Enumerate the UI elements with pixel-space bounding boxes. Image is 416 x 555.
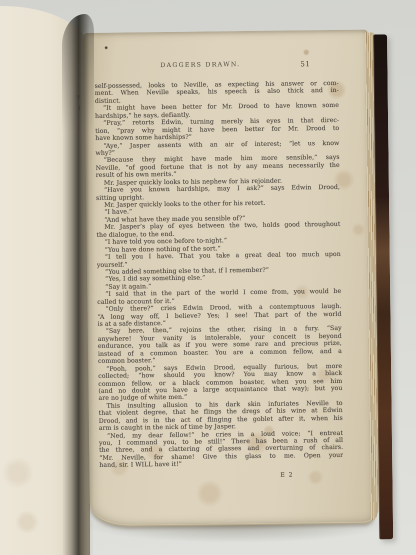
photo-background: DAGGERS DRAWN. 51 self-possessed, looks … (0, 0, 416, 555)
text-block: self-possessed, looks to Neville, as exp… (95, 80, 344, 481)
text-lines: self-possessed, looks to Neville, as exp… (95, 80, 344, 470)
margin-pen-mark: y (76, 94, 80, 100)
book-page: DAGGERS DRAWN. 51 self-possessed, looks … (84, 30, 374, 525)
facing-blank-page (0, 6, 90, 555)
text-line: hand, sir. I WILL have it!” (99, 459, 343, 469)
book: DAGGERS DRAWN. 51 self-possessed, looks … (84, 29, 394, 538)
page-header: DAGGERS DRAWN. 51 (94, 60, 338, 73)
page-number: 51 (300, 60, 310, 68)
margin-pen-mark: 1 (77, 106, 81, 112)
signature-mark: E 2 (99, 471, 343, 481)
